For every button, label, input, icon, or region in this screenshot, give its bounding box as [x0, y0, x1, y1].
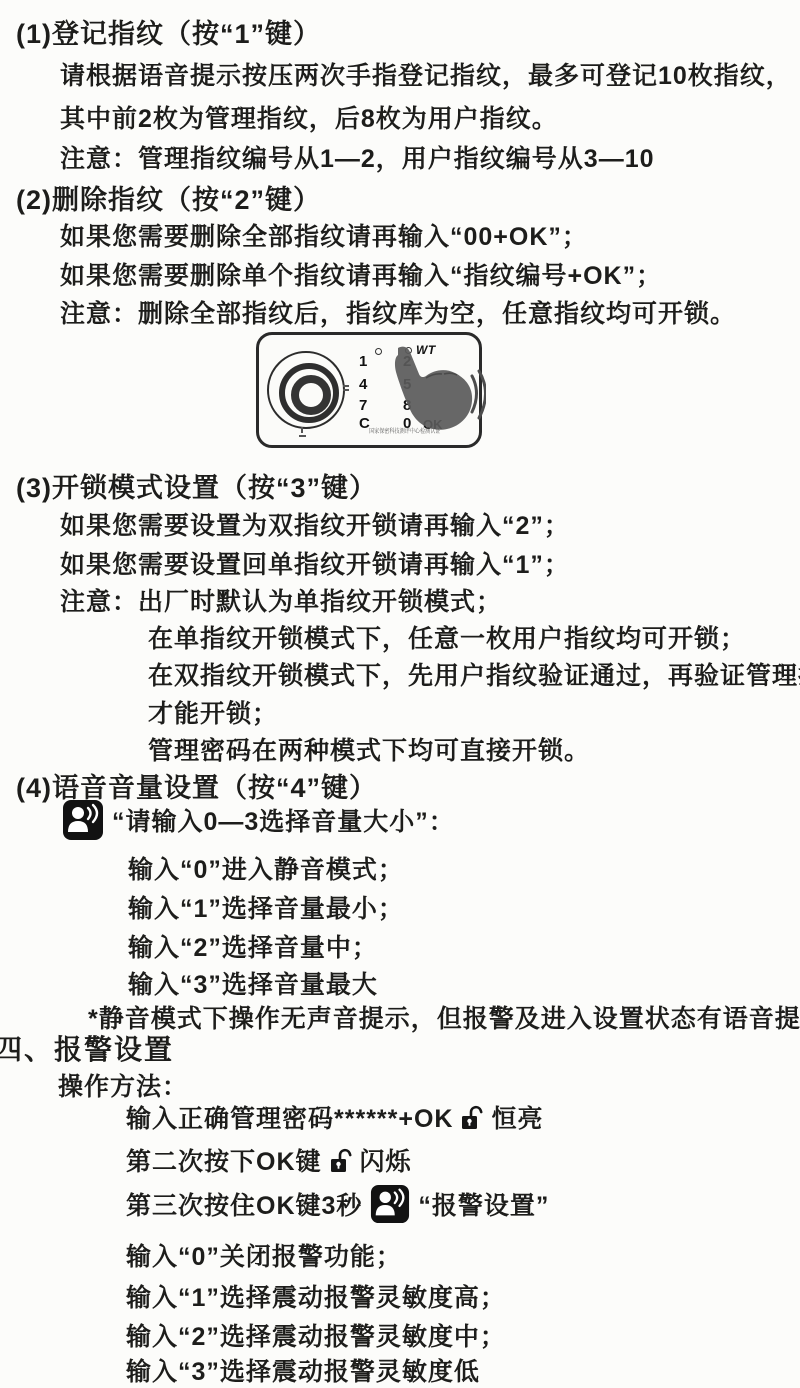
alarm-step1: 输入正确管理密码******+OK 恒亮 [126, 1099, 544, 1135]
section2-line1: 如果您需要删除全部指纹请再输入“00+OK”； [60, 217, 588, 253]
alarm-step3-result: “报警设置” [418, 1186, 549, 1222]
key-4: 4 [359, 376, 367, 393]
section4-note: *静音模式下操作无声音提示，但报警及进入设置状态有语音提示 [88, 999, 800, 1035]
section1-line2: 其中前2枚为管理指纹，后8枚为用户指纹。 [60, 99, 558, 135]
sensor-bottom-mark [301, 427, 303, 433]
alarm-step7: 输入“3”选择震动报警灵敏度低 [126, 1352, 480, 1388]
alarm-section-heading: 四、报警设置 [0, 1028, 174, 1068]
open-lock-icon [461, 1105, 483, 1130]
alarm-subheading: 操作方法： [58, 1067, 188, 1103]
section3-note: 注意：出厂时默认为单指纹开锁模式； [60, 582, 502, 618]
section3-cont2: 在双指纹开锁模式下，先用户指纹验证通过，再验证管理指纹通过 [148, 656, 800, 692]
alarm-step3-text: 第三次按住OK键3秒 [126, 1186, 362, 1222]
key-7: 7 [359, 397, 367, 414]
alarm-step3: 第三次按住OK键3秒 “报警设置” [126, 1184, 549, 1224]
section1-line1: 请根据语音提示按压两次手指登记指纹，最多可登记10枚指纹， [60, 56, 792, 92]
alarm-step2-result: 闪烁 [360, 1142, 412, 1178]
section1-heading: (1)登记指纹（按“1”键） [16, 12, 321, 51]
key-1: 1 [359, 353, 367, 370]
section4-opt2: 输入“2”选择音量中； [128, 928, 378, 964]
section3-heading: (3)开锁模式设置（按“3”键） [16, 466, 377, 505]
voice-prompt-line: “请输入0—3选择音量大小”： [62, 799, 455, 841]
pointing-hand-icon [386, 344, 486, 440]
alarm-step6: 输入“2”选择震动报警灵敏度中； [126, 1317, 506, 1353]
section1-note: 注意：管理指纹编号从1—2，用户指纹编号从3—10 [60, 139, 655, 175]
section3-cont1: 在单指纹开锁模式下，任意一枚用户指纹均可开锁； [148, 619, 746, 655]
section2-heading: (2)删除指纹（按“2”键） [16, 178, 321, 217]
alarm-step4: 输入“0”关闭报警功能； [126, 1237, 402, 1273]
fingerprint-sensor-core [291, 375, 331, 415]
section4-opt3: 输入“3”选择音量最大 [128, 965, 378, 1001]
sensor-side-mark [343, 389, 349, 391]
section3-cont3: 才能开锁； [148, 694, 278, 730]
alarm-step2: 第二次按下OK键 闪烁 [126, 1142, 412, 1178]
section4-opt1: 输入“1”选择音量最小； [128, 889, 404, 925]
section4-opt0: 输入“0”进入静音模式； [128, 850, 404, 886]
section3-line1: 如果您需要设置为双指纹开锁请再输入“2”； [60, 506, 570, 542]
alarm-step1-text: 输入正确管理密码******+OK [126, 1099, 453, 1135]
alarm-step5: 输入“1”选择震动报警灵敏度高； [126, 1278, 506, 1314]
section3-line2: 如果您需要设置回单指纹开锁请再输入“1”； [60, 545, 570, 581]
open-lock-icon [330, 1148, 352, 1173]
voice-prompt-icon [62, 799, 104, 841]
sensor-bottom-mark [299, 435, 306, 437]
section3-cont4: 管理密码在两种模式下均可直接开锁。 [148, 731, 590, 767]
sensor-side-mark [343, 385, 349, 387]
status-led [375, 348, 382, 355]
voice-prompt-text: “请输入0—3选择音量大小”： [112, 802, 455, 838]
section2-note: 注意：删除全部指纹后，指纹库为空，任意指纹均可开锁。 [60, 294, 736, 330]
voice-prompt-icon [370, 1184, 410, 1224]
alarm-step1-result: 恒亮 [491, 1099, 543, 1135]
alarm-step2-text: 第二次按下OK键 [126, 1142, 322, 1178]
section2-line2: 如果您需要删除单个指纹请再输入“指纹编号+OK”； [60, 256, 662, 292]
manual-page: (1)登记指纹（按“1”键） 请根据语音提示按压两次手指登记指纹，最多可登记10… [0, 0, 800, 1388]
